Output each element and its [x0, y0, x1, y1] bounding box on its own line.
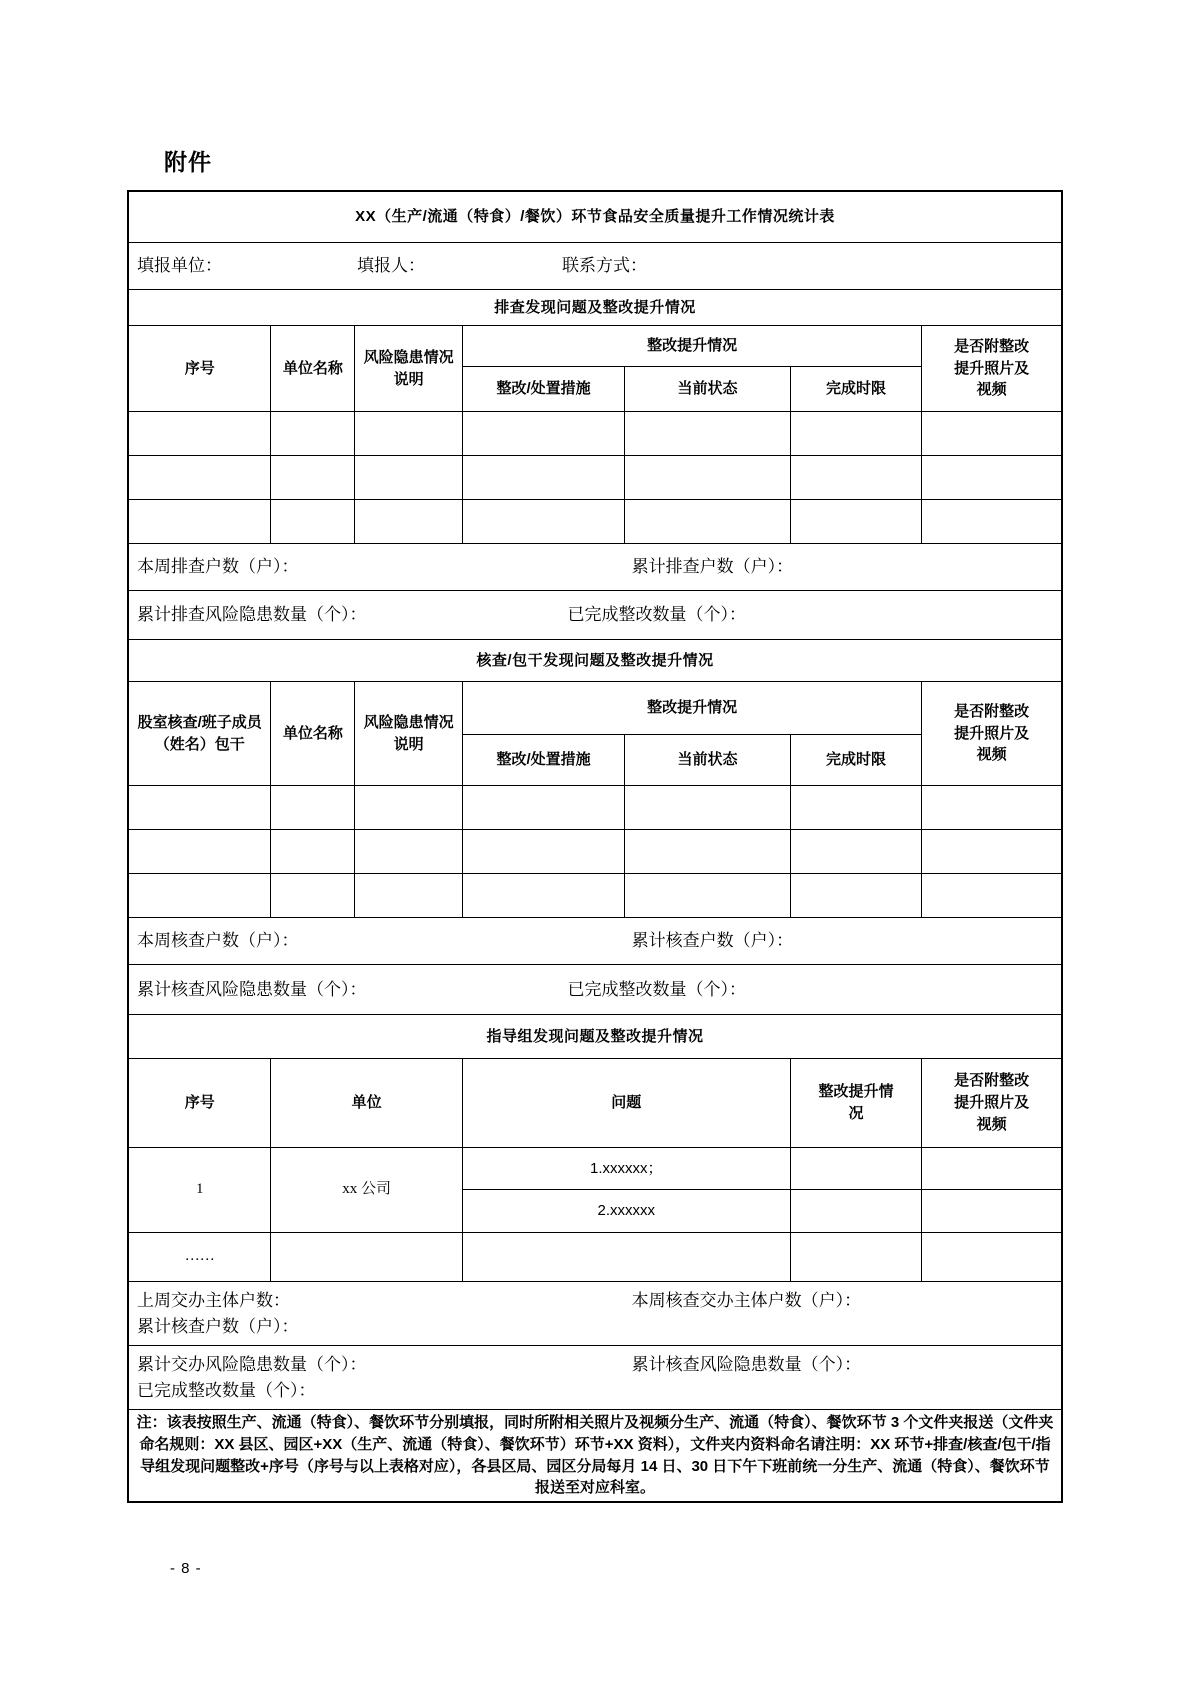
s1-empty-cell [271, 412, 355, 456]
s2-empty-cell [625, 874, 790, 918]
s3-col-header-rectify: 整改提升情况 [790, 1059, 922, 1148]
section2-title: 核查/包干发现问题及整改提升情况 [128, 640, 1062, 682]
s3-col-header-attach: 是否附整改提升照片及视频 [922, 1059, 1062, 1148]
s1-empty-cell [790, 456, 922, 500]
note-text: 注：该表按照生产、流通（特食）、餐饮环节分别填报，同时所附相关照片及视频分生产、… [128, 1410, 1062, 1503]
statistics-table: XX（生产/流通（特食）/餐饮）环节食品安全质量提升工作情况统计表 填报单位： … [127, 190, 1063, 1503]
s2-empty-cell [922, 874, 1062, 918]
s2-empty-cell [271, 874, 355, 918]
s1-empty-cell [922, 500, 1062, 544]
s3-row2-seq: …… [128, 1233, 271, 1282]
s1-empty-cell [922, 456, 1062, 500]
s2-col-header-inspector: 股室核查/班子成员（姓名）包干 [128, 682, 271, 786]
s1-col-header-attach: 是否附整改提升照片及视频 [922, 326, 1062, 412]
stat-label: 累计排查风险隐患数量（个）： [137, 602, 568, 628]
s1-empty-cell [462, 456, 625, 500]
s1-col-header-status: 当前状态 [625, 367, 790, 412]
attachment-label: 附件 [164, 144, 212, 177]
s2-col-header-risk-desc: 风险隐患情况说明 [355, 682, 462, 786]
stat-label: 已完成整改数量（个）： [568, 602, 747, 628]
stat-label: 累计交办风险隐患数量（个）： [137, 1352, 632, 1378]
s2-empty-cell [355, 874, 462, 918]
section3-title: 指导组发现问题及整改提升情况 [128, 1015, 1062, 1059]
s2-empty-cell [790, 874, 922, 918]
s2-empty-cell [922, 786, 1062, 830]
s1-empty-cell [922, 412, 1062, 456]
s2-col-header-rectify-group: 整改提升情况 [462, 682, 922, 735]
s3-col-header-unit: 单位 [271, 1059, 462, 1148]
s1-col-header-rectify-group: 整改提升情况 [462, 326, 922, 367]
stat-label: 本周核查户数（户）： [137, 928, 632, 954]
s2-col-header-attach: 是否附整改提升照片及视频 [922, 682, 1062, 786]
s2-empty-cell [462, 786, 625, 830]
s2-empty-cell [355, 786, 462, 830]
s2-col-header-status: 当前状态 [625, 735, 790, 786]
section1-title: 排查发现问题及整改提升情况 [128, 290, 1062, 326]
s1-empty-cell [355, 456, 462, 500]
s2-stats-row-1: 本周核查户数（户）： 累计核查户数（户）： [128, 918, 1062, 965]
s1-empty-cell [271, 500, 355, 544]
s2-empty-cell [462, 830, 625, 874]
s3-col-header-problem: 问题 [462, 1059, 790, 1148]
s2-empty-cell [271, 786, 355, 830]
stat-label: 本周核查交办主体户数（户）： [632, 1288, 862, 1314]
report-contact-label: 联系方式： [562, 254, 647, 279]
stat-label: 累计排查户数（户）： [632, 554, 794, 580]
s3-row1-seq: 1 [128, 1148, 271, 1233]
s1-stats-row-2: 累计排查风险隐患数量（个）： 已完成整改数量（个）： [128, 591, 1062, 640]
s1-empty-cell [625, 500, 790, 544]
s1-empty-cell [790, 412, 922, 456]
s3-empty-cell [790, 1233, 922, 1282]
page-number: - 8 - [170, 1560, 202, 1577]
stat-label: 已完成整改数量（个）： [568, 977, 747, 1003]
stat-label: 累计核查风险隐患数量（个）： [632, 1352, 862, 1378]
s1-empty-cell [462, 500, 625, 544]
s1-empty-cell [128, 412, 271, 456]
s1-col-header-deadline: 完成时限 [790, 367, 922, 412]
s2-empty-cell [355, 830, 462, 874]
s2-col-header-unit-name: 单位名称 [271, 682, 355, 786]
s1-empty-cell [355, 500, 462, 544]
s2-empty-cell [128, 874, 271, 918]
s1-col-header-measures: 整改/处置措施 [462, 367, 625, 412]
s2-stats-row-2: 累计核查风险隐患数量（个）： 已完成整改数量（个）： [128, 965, 1062, 1015]
s2-col-header-measures: 整改/处置措施 [462, 735, 625, 786]
s2-col-header-deadline: 完成时限 [790, 735, 922, 786]
s3-empty-cell [271, 1233, 462, 1282]
s2-empty-cell [625, 786, 790, 830]
table-title: XX（生产/流通（特食）/餐饮）环节食品安全质量提升工作情况统计表 [128, 191, 1062, 243]
s1-empty-cell [128, 500, 271, 544]
s3-row1-problem-1: 1.xxxxxx； [462, 1148, 790, 1190]
s3-row1-problem-2: 2.xxxxxx [462, 1190, 790, 1233]
s1-empty-cell [462, 412, 625, 456]
s3-empty-cell [790, 1148, 922, 1190]
report-unit-label: 填报单位： [137, 254, 357, 279]
s3-empty-cell [922, 1190, 1062, 1233]
s1-empty-cell [790, 500, 922, 544]
s3-empty-cell [790, 1190, 922, 1233]
s1-empty-cell [128, 456, 271, 500]
s1-col-header-unit-name: 单位名称 [271, 326, 355, 412]
report-person-label: 填报人： [357, 254, 562, 279]
s2-empty-cell [462, 874, 625, 918]
report-info-row: 填报单位： 填报人： 联系方式： [128, 243, 1062, 290]
stat-label: 累计核查户数（户）： [137, 1314, 299, 1340]
s1-col-header-seq: 序号 [128, 326, 271, 412]
stat-label: 上周交办主体户数： [137, 1288, 632, 1314]
stat-label: 累计核查风险隐患数量（个）： [137, 977, 568, 1003]
s1-empty-cell [625, 456, 790, 500]
s3-col-header-seq: 序号 [128, 1059, 271, 1148]
s3-empty-cell [922, 1233, 1062, 1282]
s2-empty-cell [625, 830, 790, 874]
s3-stats-row-2: 累计交办风险隐患数量（个）： 累计核查风险隐患数量（个）： 已完成整改数量（个）… [128, 1346, 1062, 1410]
stat-label: 累计核查户数（户）： [632, 928, 794, 954]
s2-empty-cell [128, 830, 271, 874]
s1-stats-row-1: 本周排查户数（户）： 累计排查户数（户）： [128, 544, 1062, 591]
s2-empty-cell [271, 830, 355, 874]
s2-empty-cell [790, 830, 922, 874]
s1-col-header-risk-desc: 风险隐患情况说明 [355, 326, 462, 412]
s1-empty-cell [271, 456, 355, 500]
s1-empty-cell [355, 412, 462, 456]
stat-label: 本周排查户数（户）： [137, 554, 632, 580]
s2-empty-cell [922, 830, 1062, 874]
stat-label: 已完成整改数量（个）： [137, 1378, 316, 1404]
s3-empty-cell [922, 1148, 1062, 1190]
s3-empty-cell [462, 1233, 790, 1282]
s1-empty-cell [625, 412, 790, 456]
s2-empty-cell [790, 786, 922, 830]
s2-empty-cell [128, 786, 271, 830]
s3-stats-row-1: 上周交办主体户数： 本周核查交办主体户数（户）： 累计核查户数（户）： [128, 1282, 1062, 1346]
s3-row1-unit: xx 公司 [271, 1148, 462, 1233]
